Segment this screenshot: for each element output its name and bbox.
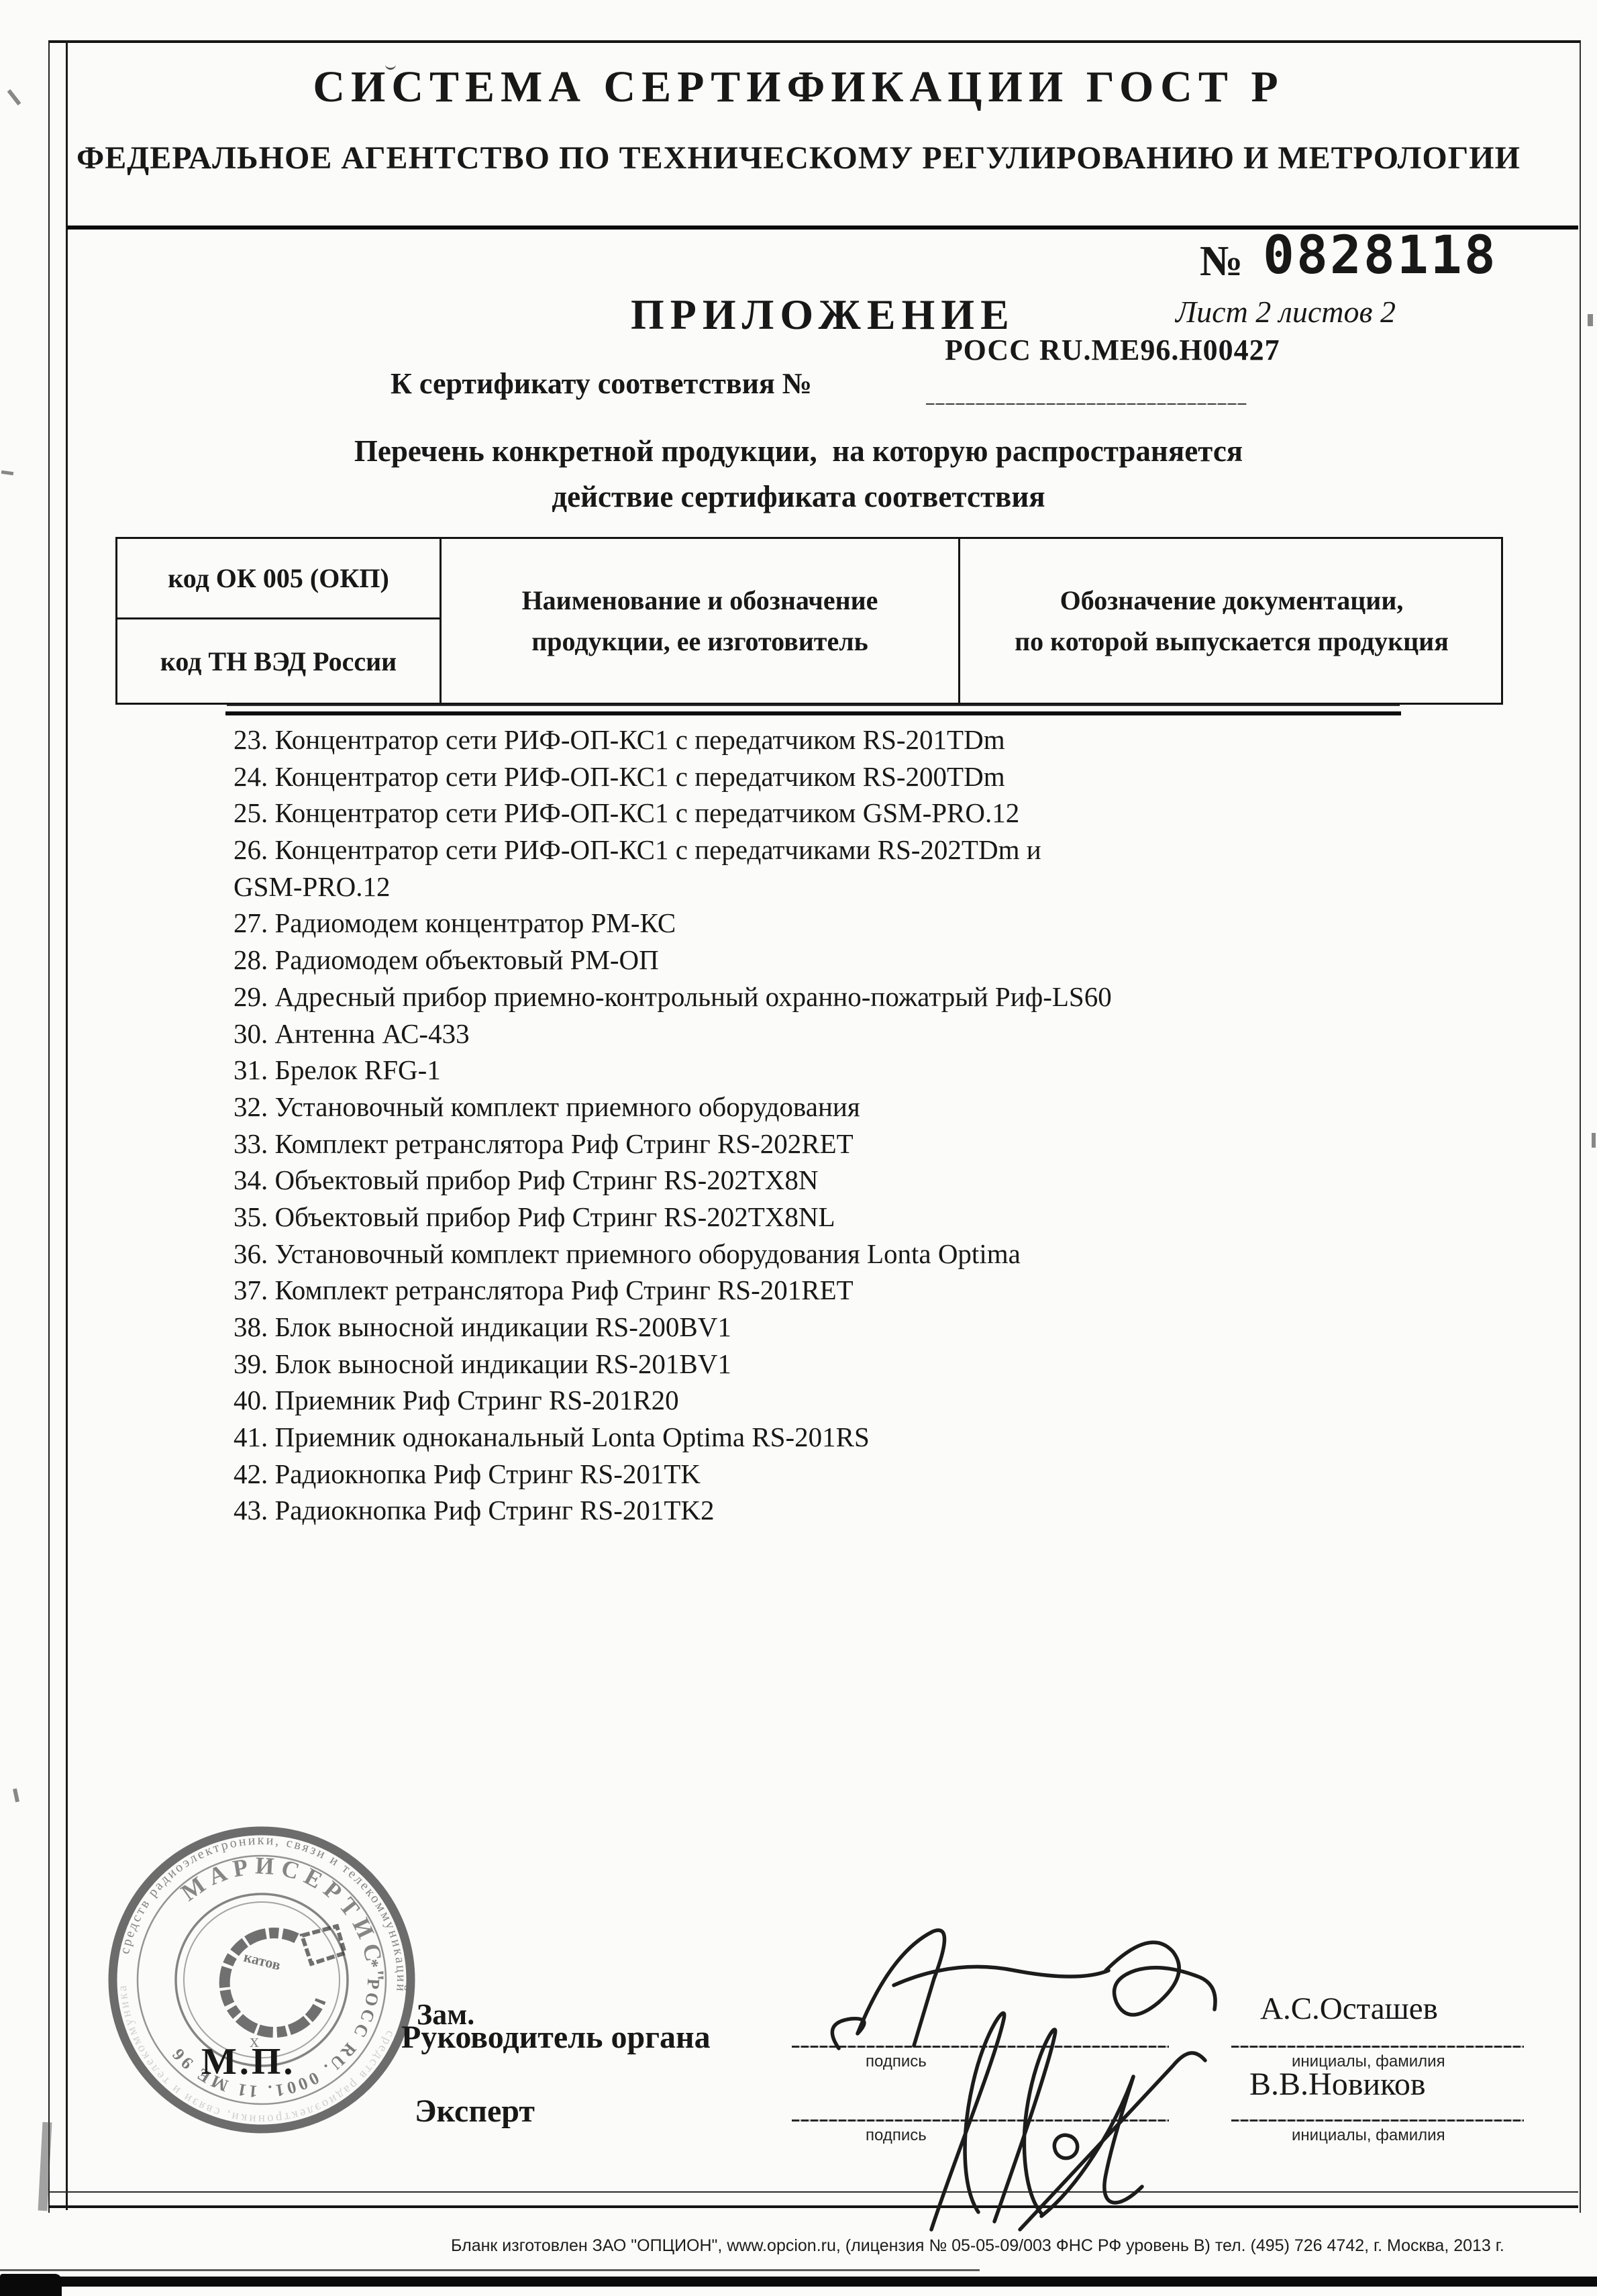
product-line: 33. Комплект ретранслятора Риф Стринг RS…: [234, 1128, 1455, 1164]
product-line: 23. Концентратор сети РИФ-ОП-КС1 с перед…: [234, 723, 1455, 760]
head-name: А.С.Осташев: [1260, 1991, 1438, 2027]
table-cell-documentation-header: Обозначение документации, по которой вып…: [960, 539, 1503, 703]
sheet-info: Лист 2 листов 2: [1176, 294, 1396, 330]
appendix-title: ПРИЛОЖЕНИЕ: [631, 290, 1015, 340]
product-line: 29. Адресный прибор приемно-контрольный …: [234, 981, 1455, 1017]
products-list: 23. Концентратор сети РИФ-ОП-КС1 с перед…: [234, 723, 1455, 1531]
product-line: 27. Радиомодем концентратор РМ-КС: [234, 907, 1455, 944]
product-line: 42. Радиокнопка Риф Стринг RS-201TK: [234, 1458, 1455, 1495]
product-line: 40. Приемник Риф Стринг RS-201R20: [234, 1384, 1455, 1421]
scan-speck: [1, 470, 14, 475]
product-line: 24. Концентратор сети РИФ-ОП-КС1 с перед…: [234, 760, 1455, 797]
scan-speck: [1588, 314, 1593, 326]
certificate-number: РОСС RU.ME96.H00427: [945, 333, 1280, 367]
product-line: 28. Радиомодем объектовый РМ-ОП: [234, 944, 1455, 981]
product-line: 36. Установочный комплект приемного обор…: [234, 1238, 1455, 1275]
product-line: 34. Объектовый прибор Риф Стринг RS-202T…: [234, 1164, 1455, 1201]
bottom-scan-bar: [0, 2277, 1597, 2287]
table-underline-thick: [225, 711, 1401, 715]
bottom-scan-line: [0, 2269, 980, 2271]
section-title-line1: Перечень конкретной продукции, на котору…: [0, 434, 1597, 468]
stamp-center-logo: [225, 1926, 345, 2032]
stamp-text-fragment: катов: [242, 1948, 282, 1974]
products-table: код ОК 005 (ОКП) код ТН ВЭД России Наиме…: [115, 537, 1503, 705]
certification-stamp: средств радиоэлектроники, связи и телеко…: [101, 1819, 423, 2141]
bottom-corner-smudge: [0, 2274, 62, 2296]
stamp-place-mark: М.П.: [201, 2040, 295, 2083]
table-underline-thin: [227, 705, 1400, 706]
name-caption-expert: инициалы, фамилия: [1292, 2126, 1445, 2145]
table-cell-okp-code: код ОК 005 (ОКП): [117, 539, 440, 619]
blank-manufacturer-note: Бланк изготовлен ЗАО "ОПЦИОН", www.opcio…: [451, 2236, 1504, 2256]
expert-name: В.В.Новиков: [1249, 2066, 1426, 2103]
page-frame-inner-line: [66, 40, 68, 2210]
table-cell-documentation-line2: по которой выпускается продукция: [1015, 626, 1449, 657]
product-line: 35. Объектовый прибор Риф Стринг RS-202T…: [234, 1201, 1455, 1238]
product-line: GSM-PRO.12: [234, 870, 1455, 907]
product-line: 32. Установочный комплект приемного обор…: [234, 1091, 1455, 1128]
signature-scribble-expert: [931, 2013, 1205, 2230]
product-line: 38. Блок выносной индикации RS-200BV1: [234, 1311, 1455, 1348]
certificate-line-label: К сертификату соответствия №: [391, 366, 812, 401]
product-line: 25. Концентратор сети РИФ-ОП-КС1 с перед…: [234, 797, 1455, 834]
scan-speck: [1592, 1133, 1596, 1148]
role-label-expert: Эксперт: [415, 2093, 535, 2130]
table-cell-product-name-line1: Наименование и обозначение: [522, 585, 878, 616]
product-line: 43. Радиокнопка Риф Стринг RS-201TK2: [234, 1494, 1455, 1531]
product-line: 37. Комплект ретранслятора Риф Стринг RS…: [234, 1274, 1455, 1311]
certificate-number-underline: [926, 403, 1247, 405]
certification-system-title: СИСТЕМА СЕРТИФИКАЦИИ ГОСТ Р: [0, 62, 1597, 113]
name-line-expert: [1231, 2119, 1524, 2122]
product-line: 31. Брелок RFG-1: [234, 1054, 1455, 1091]
signature-scribble-head: [832, 1930, 1215, 2048]
handwritten-signatures: [738, 1906, 1248, 2268]
table-cell-documentation-line1: Обозначение документации,: [1060, 585, 1404, 616]
federal-agency-title: ФЕДЕРАЛЬНОЕ АГЕНТСТВО ПО ТЕХНИЧЕСКОМУ РЕ…: [0, 140, 1597, 177]
blank-number-sign: №: [1200, 236, 1243, 286]
scan-speck: [13, 1789, 19, 1803]
product-line: 30. Антенна АС-433: [234, 1017, 1455, 1054]
table-cell-tnved-code: код ТН ВЭД России: [117, 619, 440, 703]
product-line: 39. Блок выносной индикации RS-201BV1: [234, 1348, 1455, 1385]
section-title-line2: действие сертификата соответствия: [0, 479, 1597, 514]
table-col-codes: код ОК 005 (ОКП) код ТН ВЭД России: [117, 539, 442, 703]
blank-number-value: 0828118: [1263, 226, 1498, 286]
role-label-head: Руководитель органа: [401, 2019, 711, 2056]
product-line: 26. Концентратор сети РИФ-ОП-КС1 с перед…: [234, 834, 1455, 870]
table-cell-product-name-header: Наименование и обозначение продукции, ее…: [442, 539, 960, 703]
table-cell-product-name-line2: продукции, ее изготовитель: [531, 626, 868, 657]
product-line: 41. Приемник одноканальный Lonta Optima …: [234, 1421, 1455, 1458]
name-line-head: [1231, 2046, 1524, 2048]
